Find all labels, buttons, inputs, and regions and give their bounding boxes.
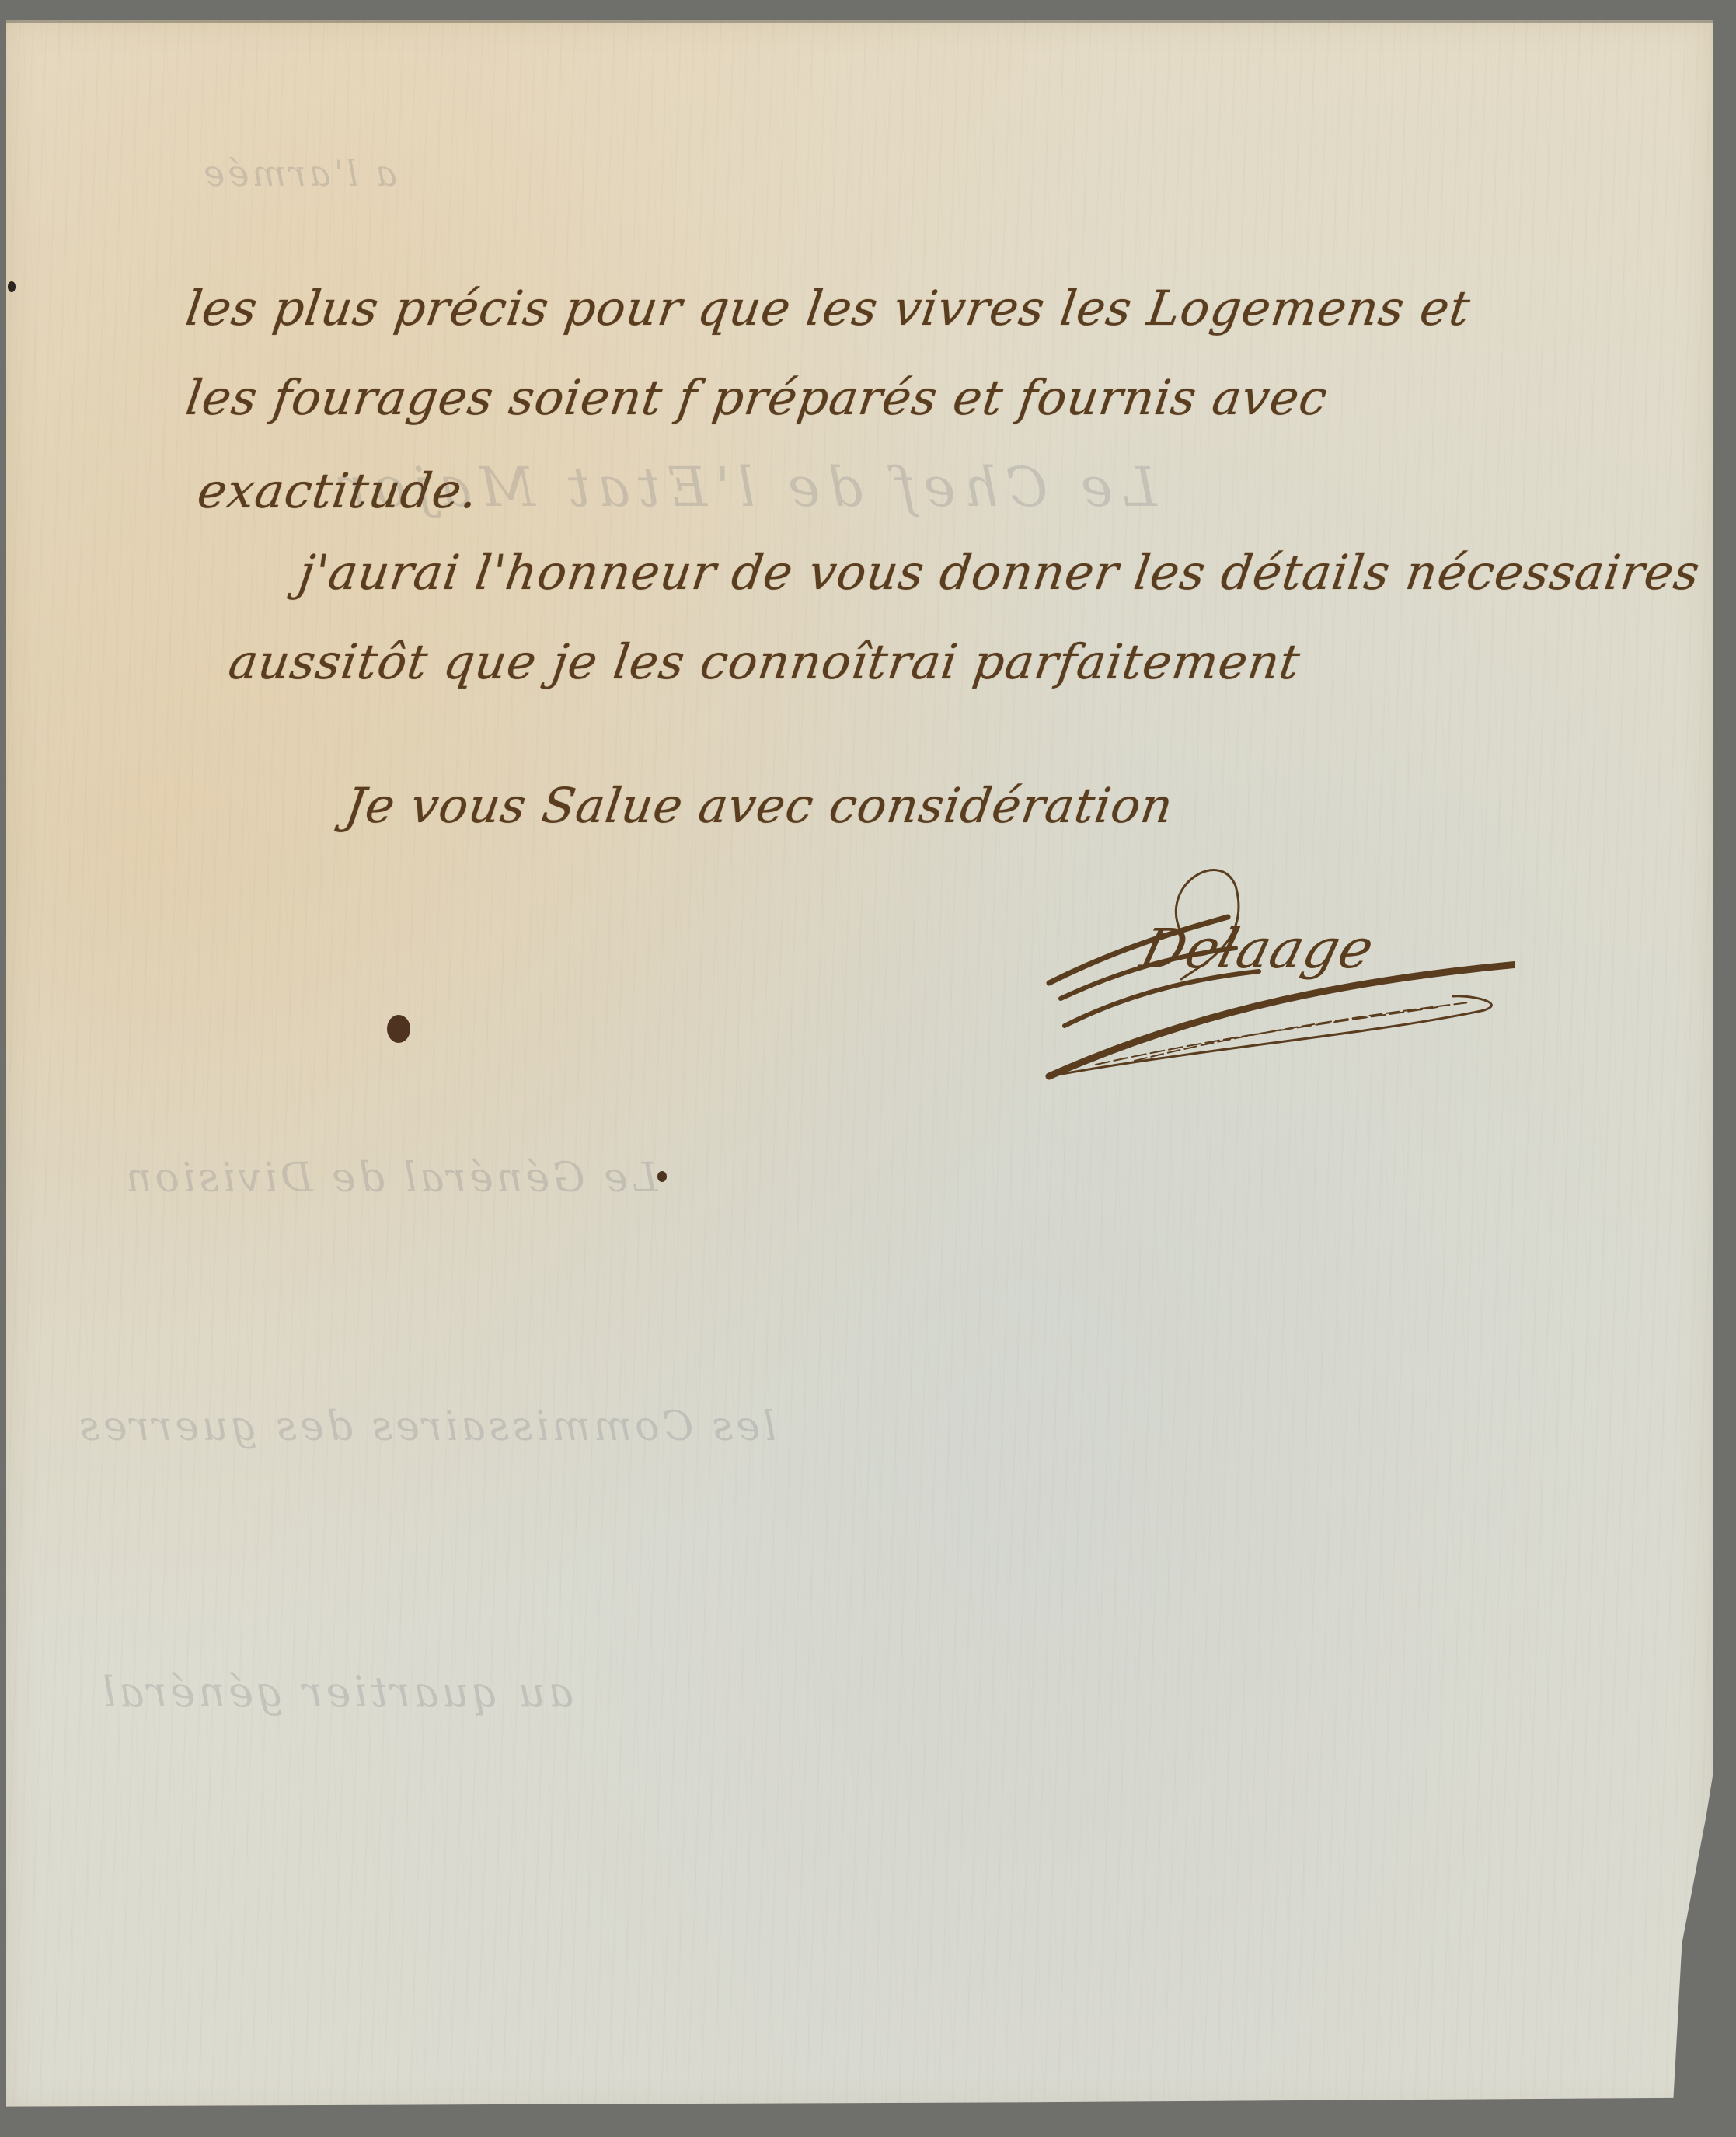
letter-line-2: les fourages soient f préparés et fourni… <box>183 369 1331 426</box>
ink-blot <box>387 1015 410 1043</box>
letter-closing: Je vous Salue avec considération <box>342 777 1177 834</box>
letter-line-4: j'aurai l'honneur de vous donner les dét… <box>295 544 1703 601</box>
bleed-through-line: au quartier général <box>99 1668 573 1717</box>
bleed-through-line: a l'armée <box>200 152 397 194</box>
ink-blot <box>657 1171 667 1182</box>
bleed-through-line: Le Général de Division <box>123 1155 657 1201</box>
signature-name: Delaage <box>1135 917 1381 981</box>
ink-blot <box>8 281 16 292</box>
letter-line-5: aussitôt que je les connoîtrai parfaitem… <box>225 633 1304 690</box>
bleed-through-line: les Commissaires des guerres <box>76 1403 776 1450</box>
page-top-edge <box>6 20 1713 23</box>
letter-line-1: les plus précis pour que les vivres les … <box>183 280 1474 336</box>
letter-line-3: exactitude. <box>194 462 482 519</box>
